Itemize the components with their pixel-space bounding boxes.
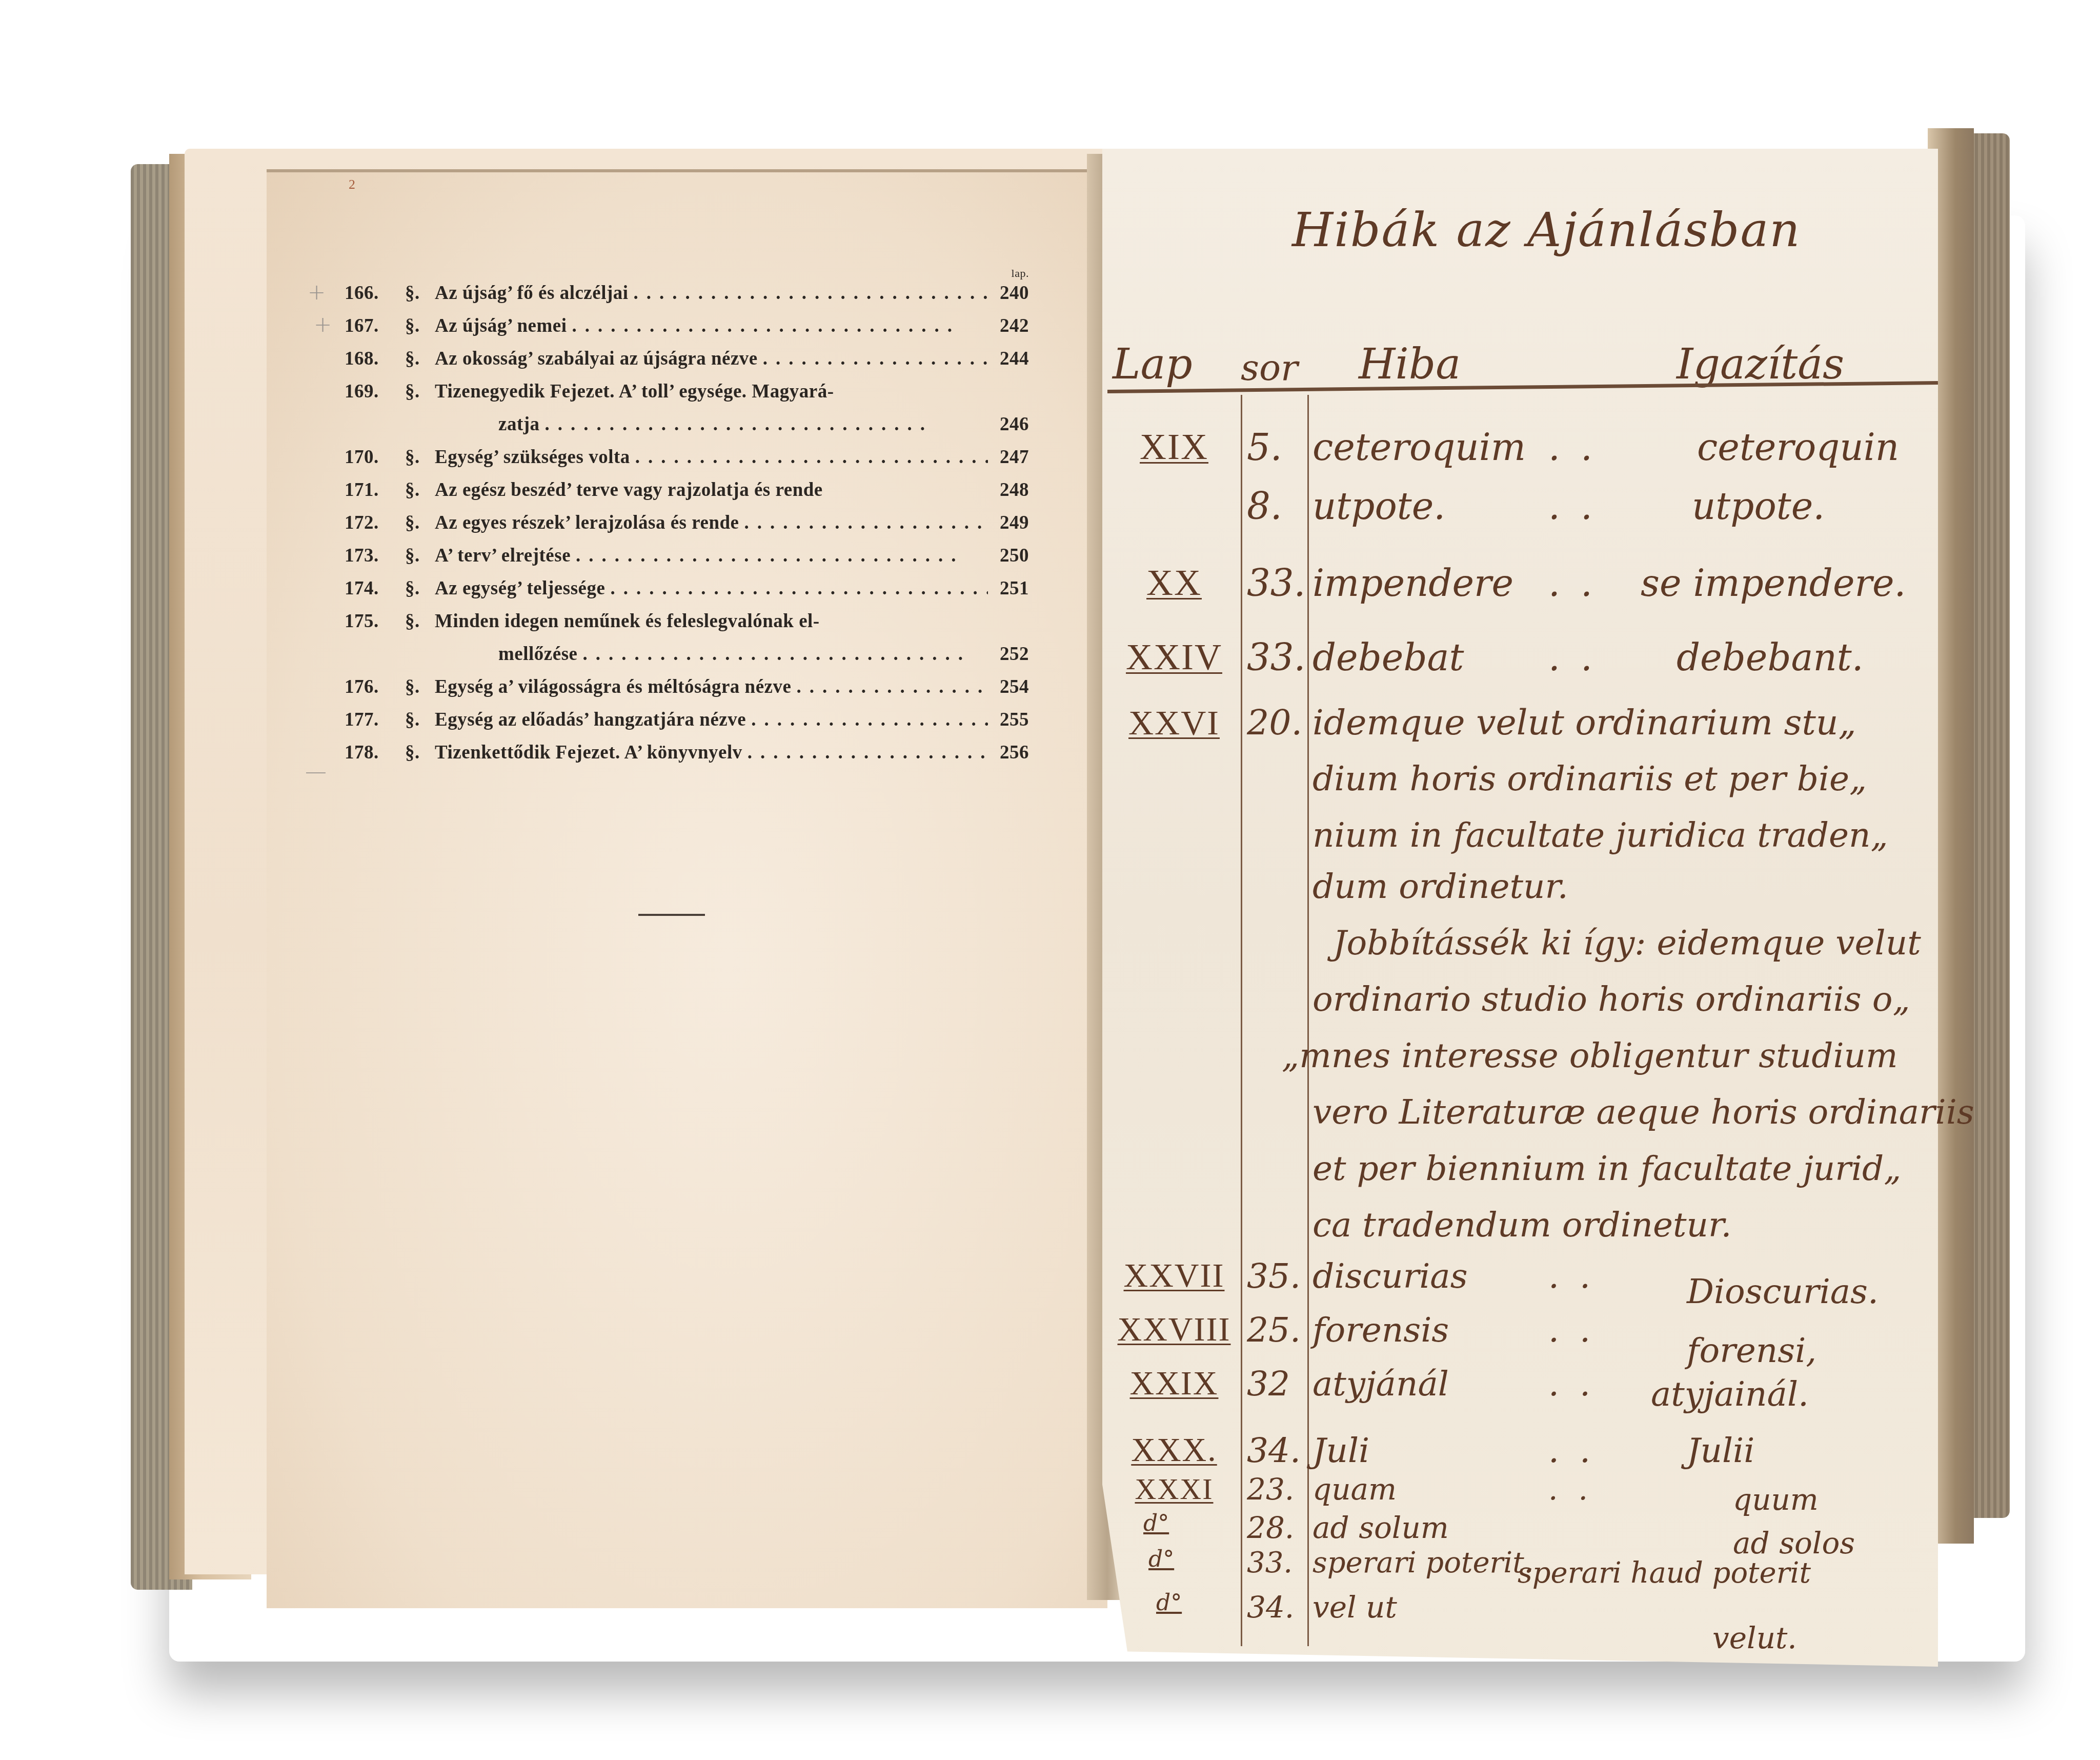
- section-title: Egység az előadás’ hangzatjára nézve: [435, 709, 746, 731]
- correction-text: velut.: [1712, 1621, 1797, 1655]
- page-roman: XXVIII: [1107, 1310, 1241, 1349]
- section-sign: §.: [405, 676, 435, 698]
- error-text: ad solum: [1312, 1510, 1449, 1545]
- line-number: 34.: [1247, 1590, 1308, 1625]
- section-number: 177.: [345, 709, 405, 731]
- section-title: Az egyes részek’ lerajzolása és rende: [435, 512, 739, 534]
- section-number: 170.: [345, 446, 405, 468]
- toc-entry: 168. §. Az okosság’ szabályai az újságra…: [345, 348, 1029, 381]
- note-line: dum ordinetur.: [1312, 867, 1568, 906]
- leader-dots: ..............................: [758, 348, 988, 370]
- toc-entry: 172. §. Az egyes részek’ lerajzolása és …: [345, 512, 1029, 545]
- leader-dots: ..: [1548, 1472, 1608, 1507]
- leader-dots: ..: [1548, 1310, 1611, 1350]
- leader-dots: ..............................: [567, 315, 988, 337]
- page-number: 2: [349, 177, 355, 192]
- line-number: 20.: [1247, 703, 1308, 743]
- end-rule: [638, 914, 705, 916]
- section-title: Az újság’ nemei: [435, 315, 567, 337]
- section-title: Egység’ szükséges volta: [435, 446, 630, 468]
- toc-entry: 175. §. Minden idegen neműnek és felesle…: [345, 610, 1029, 643]
- errata-title: Hibák az Ajánlásban: [1292, 203, 1801, 257]
- section-title: Tizenegyedik Fejezet. A’ toll’ egysége. …: [435, 381, 834, 403]
- line-number: 25.: [1247, 1310, 1308, 1350]
- note-line: vero Literaturæ aeque horis ordinariis: [1312, 1092, 1974, 1132]
- error-text: idemque velut ordinarium stu„: [1312, 703, 1856, 743]
- page-ref: 250: [988, 545, 1029, 567]
- error-text: forensis: [1312, 1310, 1449, 1350]
- line-number: 33.: [1247, 636, 1308, 679]
- page-roman: XXVI: [1107, 703, 1241, 743]
- section-title: Az újság’ fő és alczéljai: [435, 282, 629, 304]
- page-ref: 242: [988, 315, 1029, 337]
- page-ref: 244: [988, 348, 1029, 370]
- toc-entry: 167. §. Az újság’ nemei ................…: [345, 315, 1029, 348]
- section-number: 176.: [345, 676, 405, 698]
- section-title: Az okosság’ szabályai az újságra nézve: [435, 348, 758, 370]
- line-number: 32: [1247, 1364, 1308, 1404]
- section-sign: §.: [405, 381, 435, 403]
- error-text: debebat: [1312, 636, 1464, 679]
- page-roman: XXIV: [1107, 636, 1241, 678]
- pencil-cross-mark: +: [308, 279, 326, 305]
- section-number: 167.: [345, 315, 405, 337]
- page-roman: XX: [1107, 562, 1241, 604]
- line-number: 34.: [1247, 1431, 1308, 1470]
- line-number: 35.: [1247, 1256, 1308, 1296]
- section-number: 178.: [345, 742, 405, 764]
- section-title: Az egység’ teljessége: [435, 577, 605, 599]
- error-text: atyjánál: [1312, 1364, 1449, 1404]
- toc-entry: 169. §. Tizenegyedik Fejezet. A’ toll’ e…: [345, 381, 1029, 413]
- section-number: 171.: [345, 479, 405, 501]
- correction-text: forensi,: [1687, 1331, 1816, 1370]
- column-divider: [1241, 395, 1242, 1646]
- section-title-continuation: zatja: [345, 413, 540, 435]
- section-number: 169.: [345, 381, 405, 403]
- toc-entry: 176. §. Egység a’ világosságra és méltós…: [345, 676, 1029, 709]
- ditto-mark: d°: [1143, 1510, 1169, 1536]
- section-number: 168.: [345, 348, 405, 370]
- note-line: ca tradendum ordinetur.: [1312, 1205, 1731, 1245]
- correction-text: Julii: [1687, 1431, 1754, 1470]
- page-roman: XXX.: [1107, 1431, 1241, 1470]
- section-sign: §.: [405, 577, 435, 599]
- correction-text: ceteroquin: [1697, 426, 1899, 469]
- page-column-header: lap.: [345, 267, 1029, 280]
- note-line: Jobbítássék ki így: eidemque velut: [1333, 923, 1921, 963]
- line-number: 5.: [1247, 426, 1308, 469]
- section-number: 166.: [345, 282, 405, 304]
- section-title: Az egész beszéd’ terve vagy rajzolatja é…: [435, 479, 823, 501]
- leader-dots: ..: [1548, 485, 1613, 528]
- leader-dots: ..............................: [605, 577, 988, 599]
- error-text: impendere: [1312, 562, 1513, 605]
- page-ref: 249: [988, 512, 1029, 534]
- page-roman: XXVII: [1107, 1256, 1241, 1295]
- leader-dots: ..............................: [739, 512, 988, 534]
- error-text: vel ut: [1312, 1590, 1397, 1625]
- leader-dots: ..............................: [629, 282, 988, 304]
- line-number: 33.: [1247, 562, 1308, 605]
- section-sign: §.: [405, 446, 435, 468]
- correction-text: debebant.: [1677, 636, 1864, 679]
- ditto-mark: d°: [1156, 1590, 1182, 1616]
- error-text: quam: [1312, 1472, 1397, 1507]
- section-number: 174.: [345, 577, 405, 599]
- leader-dots: ..............................: [540, 413, 988, 435]
- leader-dots: ..............................: [746, 709, 988, 731]
- section-number: 173.: [345, 545, 405, 567]
- open-book: 2 + + — lap. 166. §. Az újság’ fő és alc…: [0, 0, 2100, 1760]
- section-title: Tizenkettődik Fejezet. A’ könyvnyelv: [435, 742, 742, 764]
- correction-text: quum: [1733, 1482, 1819, 1517]
- page-ref: 255: [988, 709, 1029, 731]
- line-number: 33.: [1247, 1546, 1308, 1579]
- section-sign: §.: [405, 282, 435, 304]
- section-sign: §.: [405, 545, 435, 567]
- section-sign: §.: [405, 479, 435, 501]
- toc-entry-continuation: zatja .............................. 246: [345, 413, 1029, 446]
- section-sign: §.: [405, 315, 435, 337]
- note-line: „mnes interesse obligentur studium: [1282, 1036, 1898, 1075]
- toc-entry: 170. §. Egység’ szükséges volta ........…: [345, 446, 1029, 479]
- correction-text: sperari haud poterit: [1518, 1556, 1811, 1590]
- section-title: A’ terv’ elrejtése: [435, 545, 571, 567]
- note-line: et per biennium in facultate jurid„: [1312, 1149, 1901, 1188]
- correction-text: ad solos: [1733, 1526, 1855, 1561]
- correction-text: atyjainál.: [1651, 1374, 1809, 1414]
- error-text: discurias: [1312, 1256, 1468, 1296]
- toc-entry: 177. §. Egység az előadás’ hangzatjára n…: [345, 709, 1029, 742]
- section-sign: §.: [405, 709, 435, 731]
- leader-dots: ..: [1548, 1364, 1611, 1404]
- leader-dots: ..: [1548, 1431, 1611, 1470]
- correction-text: Dioscurias.: [1687, 1272, 1879, 1311]
- page-roman: XIX: [1107, 426, 1241, 468]
- correction-text: se impendere.: [1641, 562, 1906, 605]
- line-number: 23.: [1247, 1472, 1308, 1507]
- leader-dots: ..: [1548, 636, 1613, 679]
- pencil-dash-mark: —: [305, 759, 327, 784]
- page-ref: 256: [988, 742, 1029, 764]
- page-ref: 247: [988, 446, 1029, 468]
- correction-text: utpote.: [1692, 485, 1825, 528]
- toc-entry: 171. §. Az egész beszéd’ terve vagy rajz…: [345, 479, 1029, 512]
- pencil-cross-mark: +: [314, 312, 332, 337]
- page-ref: 246: [988, 413, 1029, 435]
- leader-dots: ..............................: [577, 643, 988, 665]
- right-cover-cloth: [1969, 133, 2010, 1518]
- leader-dots: ..: [1548, 562, 1613, 605]
- column-header-hiba: Hiba: [1359, 340, 1461, 389]
- line-number: 28.: [1247, 1510, 1308, 1545]
- line-number: 8.: [1247, 485, 1308, 528]
- leader-dots: ..............................: [791, 676, 988, 698]
- section-sign: §.: [405, 742, 435, 764]
- error-text: utpote.: [1312, 485, 1445, 528]
- leader-dots: ..: [1548, 426, 1613, 469]
- section-number: 172.: [345, 512, 405, 534]
- error-text: sperari poterit.: [1312, 1546, 1533, 1579]
- leader-dots: ..: [1548, 1256, 1611, 1296]
- section-sign: §.: [405, 610, 435, 632]
- leader-dots: ..............................: [571, 545, 988, 567]
- column-header-sor: sor: [1241, 347, 1298, 389]
- toc-entry: 178. §. Tizenkettődik Fejezet. A’ könyvn…: [345, 742, 1029, 774]
- ditto-mark: d°: [1148, 1546, 1174, 1572]
- toc-entry: 166. §. Az újság’ fő és alczéljai ......…: [345, 282, 1029, 315]
- note-line: ordinario studio horis ordinariis o„: [1312, 979, 1910, 1019]
- section-sign: §.: [405, 348, 435, 370]
- column-header-lap: Lap: [1113, 340, 1193, 389]
- page-roman: XXIX: [1107, 1364, 1241, 1403]
- column-header-igazitas: Igazítás: [1677, 340, 1844, 389]
- note-line: dium horis ordinariis et per bie„: [1312, 759, 1867, 798]
- page-ref: 248: [988, 479, 1029, 501]
- leader-dots: ..............................: [630, 446, 988, 468]
- table-of-contents: lap. 166. §. Az újság’ fő és alczéljai .…: [345, 267, 1029, 774]
- page-ref: 254: [988, 676, 1029, 698]
- toc-entry: 174. §. Az egység’ teljessége ..........…: [345, 577, 1029, 610]
- section-sign: §.: [405, 512, 435, 534]
- section-title-continuation: mellőzése: [345, 643, 577, 665]
- section-title: Egység a’ világosságra és méltóságra néz…: [435, 676, 791, 698]
- leader-dots: ..............................: [742, 742, 988, 764]
- page-roman: XXXI: [1107, 1472, 1241, 1506]
- page-ref: 251: [988, 577, 1029, 599]
- note-line: nium in facultate juridica traden„: [1312, 815, 1888, 855]
- page-ref: 240: [988, 282, 1029, 304]
- section-title: Minden idegen neműnek és feleslegvalónak…: [435, 610, 820, 632]
- toc-entry: 173. §. A’ terv’ elrejtése .............…: [345, 545, 1029, 577]
- section-number: 175.: [345, 610, 405, 632]
- toc-entry-continuation: mellőzése ..............................…: [345, 643, 1029, 676]
- page-ref: 252: [988, 643, 1029, 665]
- error-text: Juli: [1312, 1431, 1369, 1470]
- error-text: ceteroquim: [1312, 426, 1526, 469]
